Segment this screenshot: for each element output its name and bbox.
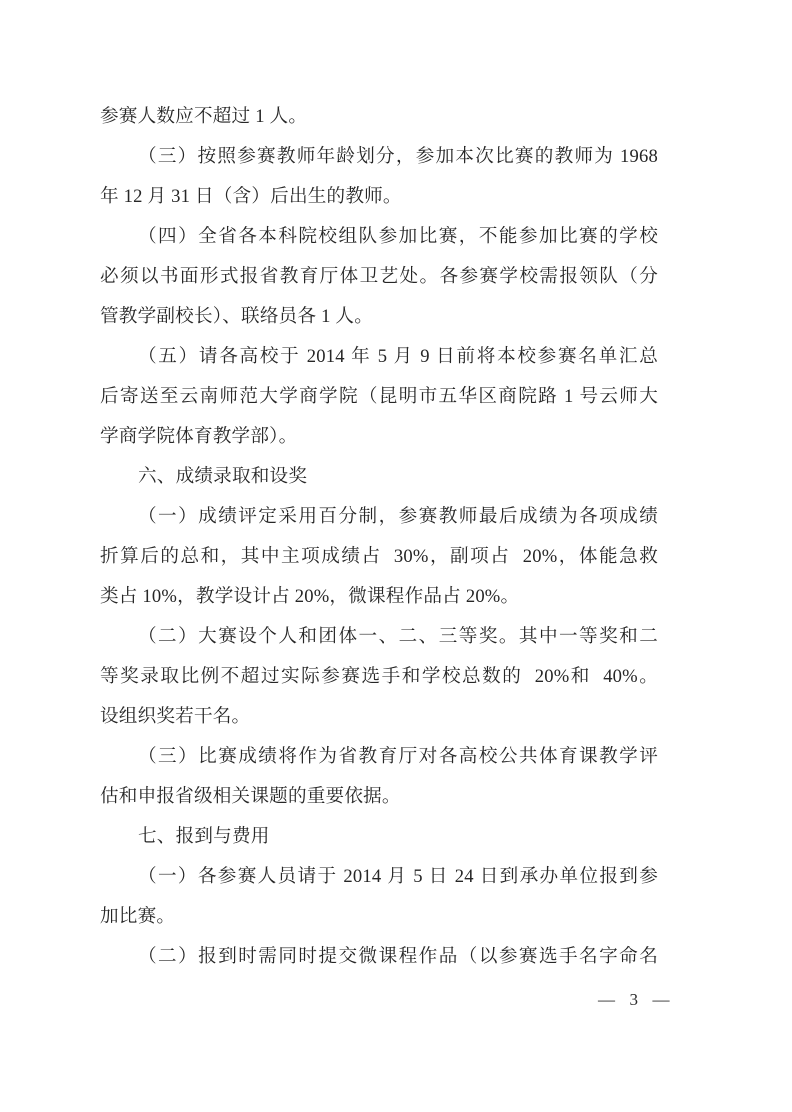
text-line: 加比赛。 <box>100 897 658 937</box>
text-line: 七、报到与费用 <box>100 817 658 857</box>
text-line: 类占 10%，教学设计占 20%，微课程作品占 20%。 <box>100 577 658 617</box>
text-line: （二）大赛设个人和团体一、二、三等奖。其中一等奖和二 <box>100 617 658 657</box>
text-line: （一）各参赛人员请于 2014 月 5 日 24 日到承办单位报到参 <box>100 857 658 897</box>
document-page: 参赛人数应不超过 1 人。（三）按照参赛教师年龄划分，参加本次比赛的教师为 19… <box>0 0 792 1112</box>
text-line: 估和申报省级相关课题的重要依据。 <box>100 777 658 817</box>
text-line: 年 12 月 31 日（含）后出生的教师。 <box>100 177 658 217</box>
text-line: 六、成绩录取和设奖 <box>100 457 658 497</box>
text-line: 参赛人数应不超过 1 人。 <box>100 97 658 137</box>
text-line: （三）按照参赛教师年龄划分，参加本次比赛的教师为 1968 <box>100 137 658 177</box>
text-line: （五）请各高校于 2014 年 5 月 9 日前将本校参赛名单汇总 <box>100 337 658 377</box>
text-line: 学商学院体育教学部）。 <box>100 417 658 457</box>
text-line: （四）全省各本科院校组队参加比赛，不能参加比赛的学校 <box>100 217 658 257</box>
text-line: 等奖录取比例不超过实际参赛选手和学校总数的 20%和 40%。 <box>100 657 658 697</box>
text-line: （一）成绩评定采用百分制，参赛教师最后成绩为各项成绩 <box>100 497 658 537</box>
text-line: 后寄送至云南师范大学商学院（昆明市五华区商院路 1 号云师大 <box>100 377 658 417</box>
text-line: （三）比赛成绩将作为省教育厅对各高校公共体育课教学评 <box>100 737 658 777</box>
text-line: 设组织奖若干名。 <box>100 697 658 737</box>
document-body: 参赛人数应不超过 1 人。（三）按照参赛教师年龄划分，参加本次比赛的教师为 19… <box>100 97 658 977</box>
page-number: — 3 — <box>598 988 688 1012</box>
text-line: 必须以书面形式报省教育厅体卫艺处。各参赛学校需报领队（分 <box>100 257 658 297</box>
text-line: 折算后的总和，其中主项成绩占 30%，副项占 20%，体能急救 <box>100 537 658 577</box>
text-line: 管教学副校长）、联络员各 1 人。 <box>100 297 658 337</box>
text-line: （二）报到时需同时提交微课程作品（以参赛选手名字命名 <box>100 937 658 977</box>
